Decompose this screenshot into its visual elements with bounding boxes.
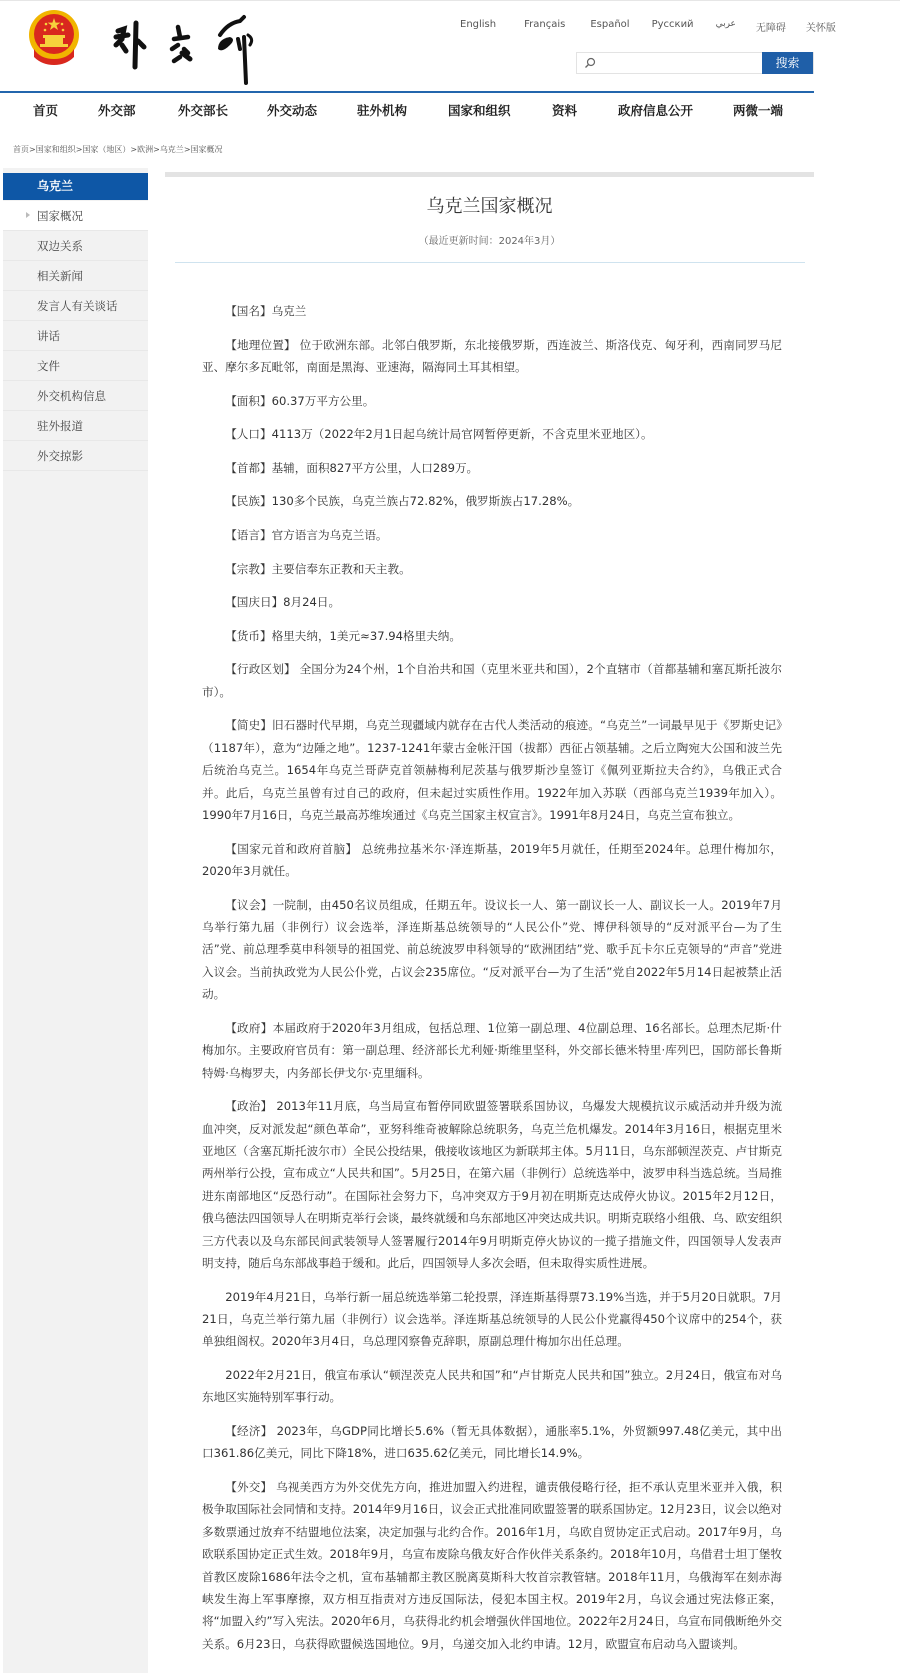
search-button[interactable]: 搜索 [762,52,813,74]
elderly-care-mode-link[interactable]: 关怀版 [806,19,836,35]
content-top-bar [165,172,814,177]
nav-item-ministry[interactable]: 外交部 [98,101,136,119]
breadcrumb-home[interactable]: 首页 [13,145,29,154]
sidebar-item-label: 文件 [37,359,60,373]
field-label: 【面积】 [225,394,271,408]
article-paragraph-foreign-affairs: 【外交】 乌视美西方为外交优先方向，推进加盟入约进程，谴责俄侵略行径，拒不承认克… [202,1476,782,1655]
sidebar-item-country-profile[interactable]: 国家概况 [3,201,148,231]
field-label: 【语言】 [225,528,271,542]
sidebar-heading-ukraine[interactable]: 乌克兰 [3,173,148,200]
article-paragraph-capital: 【首都】基辅，面积827平方公里，人口289万。 [202,457,782,479]
field-text: 4113万（2022年2月1日起乌统计局官网暂停更新，不含克里米亚地区）。 [272,427,653,441]
article-paragraph-language: 【语言】官方语言为乌克兰语。 [202,524,782,546]
field-label: 【首都】 [225,461,271,475]
page-title: 乌克兰国家概况 [165,192,814,218]
sidebar-item-speeches[interactable]: 讲话 [3,321,148,351]
field-label: 【民族】 [225,494,271,508]
search-icon [584,57,596,69]
field-label: 【简史】 [225,718,272,732]
breadcrumb-separator: > [184,145,191,154]
sidebar-item-label: 讲话 [37,329,60,343]
lang-link-spanish[interactable]: Español [590,19,629,35]
field-label: 【地理位置】 [225,338,296,352]
breadcrumb-ukraine[interactable]: 乌克兰 [160,145,184,154]
sidebar-item-label: 国家概况 [37,209,83,223]
field-label: 【议会】 [225,898,272,912]
field-text: 旧石器时代早期，乌克兰现疆域内就存在古代人类活动的痕迹。“乌克兰”一词最早见于《… [202,718,782,822]
article-paragraph-politics-2019: 2019年4月21日，乌举行新一届总统选举第二轮投票，泽连斯基得票73.19%当… [202,1286,782,1353]
title-divider [175,262,805,263]
nav-item-diplomatic-news[interactable]: 外交动态 [267,101,317,119]
field-label: 【宗教】 [225,562,271,576]
article-paragraph-government: 【政府】本届政府于2020年3月组成，包括总理、1位第一副总理、4位副总理、16… [202,1017,782,1084]
field-label: 【外交】 [225,1480,272,1494]
sidebar-item-documents[interactable]: 文件 [3,351,148,381]
breadcrumb-separator: > [29,145,36,154]
field-text: 8月24日。 [283,595,340,609]
national-emblem-icon[interactable] [26,9,82,67]
caret-right-icon [26,212,30,218]
breadcrumb-countries-regions[interactable]: 国家（地区） [82,145,130,154]
sidebar-item-label: 驻外报道 [37,419,83,433]
article-paragraph-area: 【面积】60.37万平方公里。 [202,390,782,412]
article-paragraph-history: 【简史】旧石器时代早期，乌克兰现疆域内就存在古代人类活动的痕迹。“乌克兰”一词最… [202,714,782,826]
article-paragraph-economy: 【经济】 2023年，乌GDP同比增长5.6%（暂无具体数据），通胀率5.1%，… [202,1420,782,1465]
breadcrumb-countries-orgs[interactable]: 国家和组织 [36,145,76,154]
article-paragraph-parliament: 【议会】一院制，由450名议员组成，任期五年。设议长一人、第一副议长一人、副议长… [202,894,782,1006]
field-label: 【政府】 [225,1021,272,1035]
breadcrumb: 首页>国家和组织>国家（地区）>欧洲>乌克兰>国家概况 [13,144,223,155]
field-label: 【人口】 [225,427,271,441]
article-paragraph-head-of-state: 【国家元首和政府首脑】 总统弗拉基米尔·泽连斯基，2019年5月就任，任期至20… [202,838,782,883]
sidebar-item-spokesperson-remarks[interactable]: 发言人有关谈话 [3,291,148,321]
sidebar-item-diplomatic-missions-info[interactable]: 外交机构信息 [3,381,148,411]
field-label: 【国家元首和政府首脑】 [225,842,357,856]
article-body: 【国名】乌克兰 【地理位置】 位于欧洲东部。北邻白俄罗斯，东北接俄罗斯，西连波兰… [202,300,782,1666]
field-text: 格里夫纳，1美元≈37.94格里夫纳。 [272,629,461,643]
field-text: 2019年4月21日，乌举行新一届总统选举第二轮投票，泽连斯基得票73.19%当… [202,1290,782,1349]
sidebar-item-label: 外交掠影 [37,449,83,463]
lang-link-english[interactable]: English [460,19,496,35]
lang-link-russian[interactable]: Русский [652,19,694,35]
article-paragraph-politics: 【政治】 2013年11月底，乌当局宣布暂停同欧盟签署联系国协议，乌爆发大规模抗… [202,1095,782,1274]
sidebar: 乌克兰 国家概况 双边关系 相关新闻 发言人有关谈话 讲话 文件 外交机构信息 … [3,168,148,1673]
nav-item-countries-orgs[interactable]: 国家和组织 [448,101,511,119]
nav-item-home[interactable]: 首页 [33,101,58,119]
article-paragraph-country-name: 【国名】乌克兰 [202,300,782,322]
article-paragraph-geography: 【地理位置】 位于欧洲东部。北邻白俄罗斯，东北接俄罗斯，西连波兰、斯洛伐克、匈牙… [202,334,782,379]
article-paragraph-national-day: 【国庆日】8月24日。 [202,591,782,613]
field-text: 本届政府于2020年3月组成，包括总理、1位第一副总理、4位副总理、16名部长。… [202,1021,782,1080]
lang-link-french[interactable]: Français [524,19,565,35]
field-label: 【行政区划】 [225,662,296,676]
main-nav: 首页 外交部 外交部长 外交动态 驻外机构 国家和组织 资料 政府信息公开 两微… [0,93,814,129]
sidebar-item-label: 发言人有关谈话 [37,299,118,313]
language-switcher: English Français Español Русский عربي 无障… [458,19,836,35]
article-paragraph-population: 【人口】4113万（2022年2月1日起乌统计局官网暂停更新，不含克里米亚地区）… [202,423,782,445]
sidebar-item-bilateral-relations[interactable]: 双边关系 [3,231,148,261]
article-paragraph-currency: 【货币】格里夫纳，1美元≈37.94格里夫纳。 [202,625,782,647]
nav-item-resources[interactable]: 资料 [552,101,577,119]
nav-item-gov-info[interactable]: 政府信息公开 [618,101,693,119]
field-text: 主要信奉东正教和天主教。 [272,562,411,576]
last-updated: （最近更新时间：2024年3月） [165,232,814,247]
field-label: 【货币】 [225,629,271,643]
field-text: 乌克兰 [272,304,307,318]
field-text: 2022年2月21日，俄宣布承认“顿涅茨克人民共和国”和“卢甘斯克人民共和国”独… [202,1368,782,1404]
sidebar-item-label: 双边关系 [37,239,83,253]
site-logo[interactable]: 外交部 [112,9,272,87]
field-text: 2013年11月底，乌当局宣布暂停同欧盟签署联系国协议，乌爆发大规模抗议示威活动… [202,1099,782,1270]
field-text: 130多个民族，乌克兰族占72.82%，俄罗斯族占17.28%。 [272,494,580,508]
field-text: 基辅，面积827平方公里，人口289万。 [272,461,479,475]
lang-link-arabic[interactable]: عربي [716,19,736,35]
accessibility-link[interactable]: 无障碍 [756,19,786,35]
nav-item-social-apps[interactable]: 两微一端 [733,101,783,119]
article-paragraph-religion: 【宗教】主要信奉东正教和天主教。 [202,558,782,580]
field-label: 【国庆日】 [225,595,283,609]
field-text: 60.37万平方公里。 [272,394,375,408]
field-label: 【国名】 [225,304,271,318]
field-text: 乌视美西方为外交优先方向，推进加盟入约进程，谴责俄侵略行径，拒不承认克里米亚并入… [202,1480,782,1651]
breadcrumb-separator: > [153,145,160,154]
article-paragraph-politics-2022: 2022年2月21日，俄宣布承认“顿涅茨克人民共和国”和“卢甘斯克人民共和国”独… [202,1364,782,1409]
search-input[interactable] [601,54,761,72]
sidebar-item-diplomatic-snapshots[interactable]: 外交掠影 [3,441,148,471]
nav-item-missions-abroad[interactable]: 驻外机构 [357,101,407,119]
article-paragraph-ethnicity: 【民族】130多个民族，乌克兰族占72.82%，俄罗斯族占17.28%。 [202,490,782,512]
field-text: 一院制，由450名议员组成，任期五年。设议长一人、第一副议长一人、副议长一人。2… [202,898,782,1002]
breadcrumb-country-profile[interactable]: 国家概况 [191,145,223,154]
field-label: 【政治】 [225,1099,272,1113]
article-paragraph-admin-divisions: 【行政区划】 全国分为24个州，1个自治共和国（克里米亚共和国），2个直辖市（首… [202,658,782,703]
breadcrumb-europe[interactable]: 欧洲 [137,145,153,154]
sidebar-item-label: 外交机构信息 [37,389,106,403]
sidebar-item-label: 相关新闻 [37,269,83,283]
field-text: 2023年，乌GDP同比增长5.6%（暂无具体数据），通胀率5.1%，外贸额99… [202,1424,782,1460]
nav-item-minister[interactable]: 外交部长 [178,101,228,119]
site-header: 外交部 English Français Español Русский عرب… [0,0,900,92]
field-text: 官方语言为乌克兰语。 [272,528,388,542]
field-label: 【经济】 [225,1424,273,1438]
sidebar-item-reports-abroad[interactable]: 驻外报道 [3,411,148,441]
sidebar-item-related-news[interactable]: 相关新闻 [3,261,148,291]
